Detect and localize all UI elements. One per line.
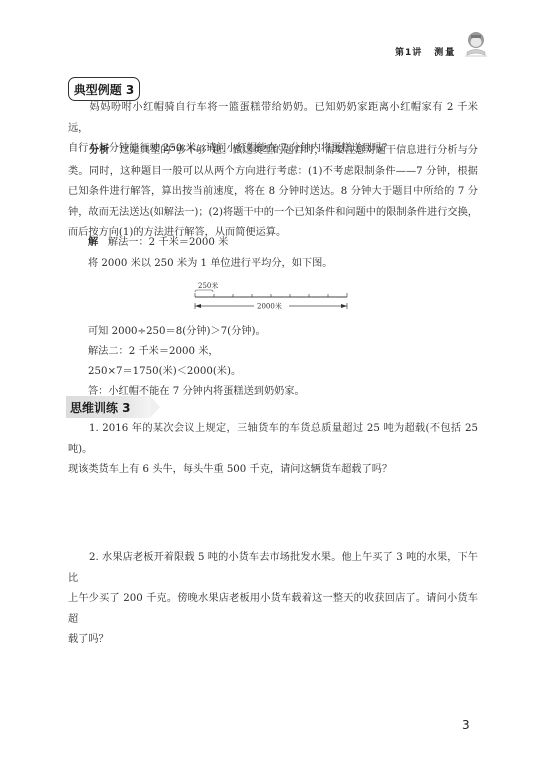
solution-label: 解 xyxy=(88,237,98,248)
problem-line-1: 妈妈吩咐小红帽骑自行车将一篮蛋糕带给奶奶。已知奶奶家距离小红帽家有 2 千米远， xyxy=(68,98,478,139)
q2-line-1: 2. 水果店老板开着限载 5 吨的小货车去市场批发水果。他上午买了 3 吨的水果… xyxy=(68,548,478,589)
q1-line-1: 1. 2016 年的某次会议上规定，三轴货车的车货总质量超过 25 吨为超载(不… xyxy=(68,419,478,460)
solution-line-1: 解 解法一：2 千米＝2000 米 xyxy=(88,233,228,253)
solution-line-4: 解法二：2 千米＝2000 米， xyxy=(88,342,219,362)
example-title: 典型例题 3 xyxy=(74,81,135,98)
analysis-label: 分析 xyxy=(89,145,110,156)
segment-label: 250米 xyxy=(198,281,218,290)
analysis-text: 这是典型的“够不够”题。做这类型的题目时，需要注意对题干信息进行分析与分类。同时… xyxy=(68,145,478,238)
chapter-label: 第1讲 xyxy=(395,45,422,58)
solution-line-5: 250×7＝1750(米)＜2000(米)。 xyxy=(88,362,241,382)
q2-line-3: 载了吗？ xyxy=(68,630,478,651)
question-2: 2. 水果店老板开着限载 5 吨的小货车去市场批发水果。他上午买了 3 吨的水果… xyxy=(68,548,478,651)
training-heading: 思维训练 3 xyxy=(66,396,150,418)
q2-line-2: 上午少买了 200 千克。傍晚水果店老板用小货车载着这一整天的收获回店了。请问小… xyxy=(68,589,478,630)
solution-line-3: 可知 2000÷250＝8(分钟)＞7(分钟)。 xyxy=(88,322,266,342)
distance-diagram: 250米 2000米 xyxy=(192,280,352,320)
total-label: 2000米 xyxy=(257,302,282,311)
topic-label: 测量 xyxy=(434,45,456,58)
running-header: 第1讲 测量 xyxy=(395,40,456,62)
training-title: 思维训练 3 xyxy=(70,399,131,416)
page-number: 3 xyxy=(462,718,470,732)
solution-line-2: 将 2000 米以 250 米为 1 单位进行平均分，如下图。 xyxy=(88,254,332,274)
q1-line-2: 现该类货车上有 6 头牛，每头牛重 500 千克，请问这辆货车超载了吗？ xyxy=(68,460,478,481)
question-1: 1. 2016 年的某次会议上规定，三轴货车的车货总质量超过 25 吨为超载(不… xyxy=(68,419,478,481)
reading-girl-icon xyxy=(462,30,490,58)
analysis-paragraph: 分析 这是典型的“够不够”题。做这类型的题目时，需要注意对题干信息进行分析与分类… xyxy=(68,141,478,244)
